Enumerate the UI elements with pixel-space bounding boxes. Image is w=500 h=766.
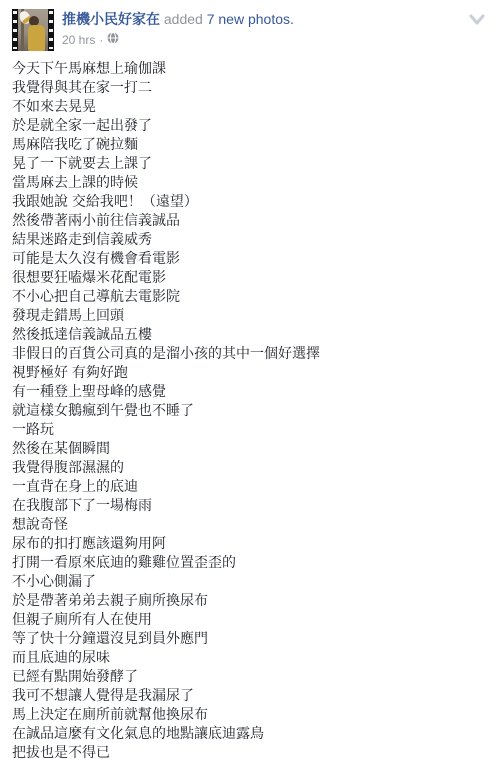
avatar-photo-detail (28, 25, 45, 51)
post-text-line: 而且底迪的尿味 (12, 648, 488, 667)
film-strip-icon (12, 9, 18, 51)
post-text-line: 就這樣女鵝瘋到午覺也不睡了 (12, 401, 488, 420)
post-text-line: 不小心把自己導航去電影院 (12, 287, 488, 306)
post-text-line: 不小心側漏了 (12, 572, 488, 591)
post-text-line: 可能是太久沒有機會看電影 (12, 249, 488, 268)
page-name-link[interactable]: 推機小民好家在 (62, 11, 160, 27)
post-text-line: 把拔也是不得已 (12, 743, 488, 762)
post-text-line: 但親子廁所有人在使用 (12, 610, 488, 629)
post-text-line: 很想要狂嗑爆米花配電影 (12, 268, 488, 287)
post-text-line: 我跟她說 交給我吧！（遠望） (12, 192, 488, 211)
post-text-line: 我覺得腹部濕濕的 (12, 458, 488, 477)
post-text-line: 等了快十分鐘還沒見到員外應門 (12, 629, 488, 648)
post-text-line: 然後在某個瞬間 (12, 439, 488, 458)
post-text-line: 我覺得與其在家一打二 (12, 78, 488, 97)
post-text-line: 今天下午馬麻想上瑜伽課 (12, 59, 488, 78)
page-avatar[interactable] (12, 9, 54, 51)
post-text-line: 已經有點開始發酵了 (12, 667, 488, 686)
post-text-line: 然後帶著兩小前往信義誠品 (12, 211, 488, 230)
post-text-line: 於是就全家一起出發了 (12, 116, 488, 135)
header-info: 推機小民好家在 added 7 new photos. 20 hrs · (62, 9, 294, 51)
post-text-line: 一直背在身上的底迪 (12, 477, 488, 496)
post-meta: 20 hrs · (62, 32, 294, 47)
dot-separator: · (99, 33, 103, 47)
post-text-line: 於是帶著弟弟去親子廁所換尿布 (12, 591, 488, 610)
post-text-line: 不如來去晃晃 (12, 97, 488, 116)
avatar-photo (18, 9, 48, 51)
facebook-post: 推機小民好家在 added 7 new photos. 20 hrs · (0, 0, 500, 766)
post-text-line: 馬麻陪我吃了碗拉麵 (12, 135, 488, 154)
timestamp-link[interactable]: 20 hrs (62, 33, 95, 47)
post-text-line: 當馬麻去上課的時候 (12, 173, 488, 192)
post-header: 推機小民好家在 added 7 new photos. 20 hrs · (0, 0, 500, 51)
post-headline: 推機小民好家在 added 7 new photos. (62, 10, 294, 29)
post-text-line: 想說奇怪 (12, 515, 488, 534)
post-text-line: 我可不想讓人覺得是我漏尿了 (12, 686, 488, 705)
post-text-line: 結果迷路走到信義威秀 (12, 230, 488, 249)
post-text-line: 馬上決定在廁所前就幫他換尿布 (12, 705, 488, 724)
post-text-line: 非假日的百貨公司真的是溜小孩的其中一個好選擇 (12, 344, 488, 363)
photos-count-link[interactable]: 7 new photos. (207, 11, 294, 27)
post-text-line: 在誠品這麼有文化氣息的地點讓底迪露鳥 (12, 724, 488, 743)
globe-icon (107, 32, 119, 47)
post-text-line: 一路玩 (12, 420, 488, 439)
post-text-line: 有一種登上聖母峰的感覺 (12, 382, 488, 401)
post-text-line: 然後抵達信義誠品五樓 (12, 325, 488, 344)
action-text: added (164, 11, 203, 27)
post-text-line: 尿布的扣打應該還夠用阿 (12, 534, 488, 553)
chevron-down-icon[interactable] (468, 13, 486, 27)
post-text-line: 視野極好 有夠好跑 (12, 363, 488, 382)
post-text-line: 晃了一下就要去上課了 (12, 154, 488, 173)
post-text-line: 在我腹部下了一場梅雨 (12, 496, 488, 515)
post-text-line: 打開一看原來底迪的雞雞位置歪歪的 (12, 553, 488, 572)
post-text-line: 發現走錯馬上回頭 (12, 306, 488, 325)
film-strip-icon (48, 9, 54, 51)
post-text: 今天下午馬麻想上瑜伽課我覺得與其在家一打二不如來去晃晃於是就全家一起出發了馬麻陪… (0, 59, 500, 762)
